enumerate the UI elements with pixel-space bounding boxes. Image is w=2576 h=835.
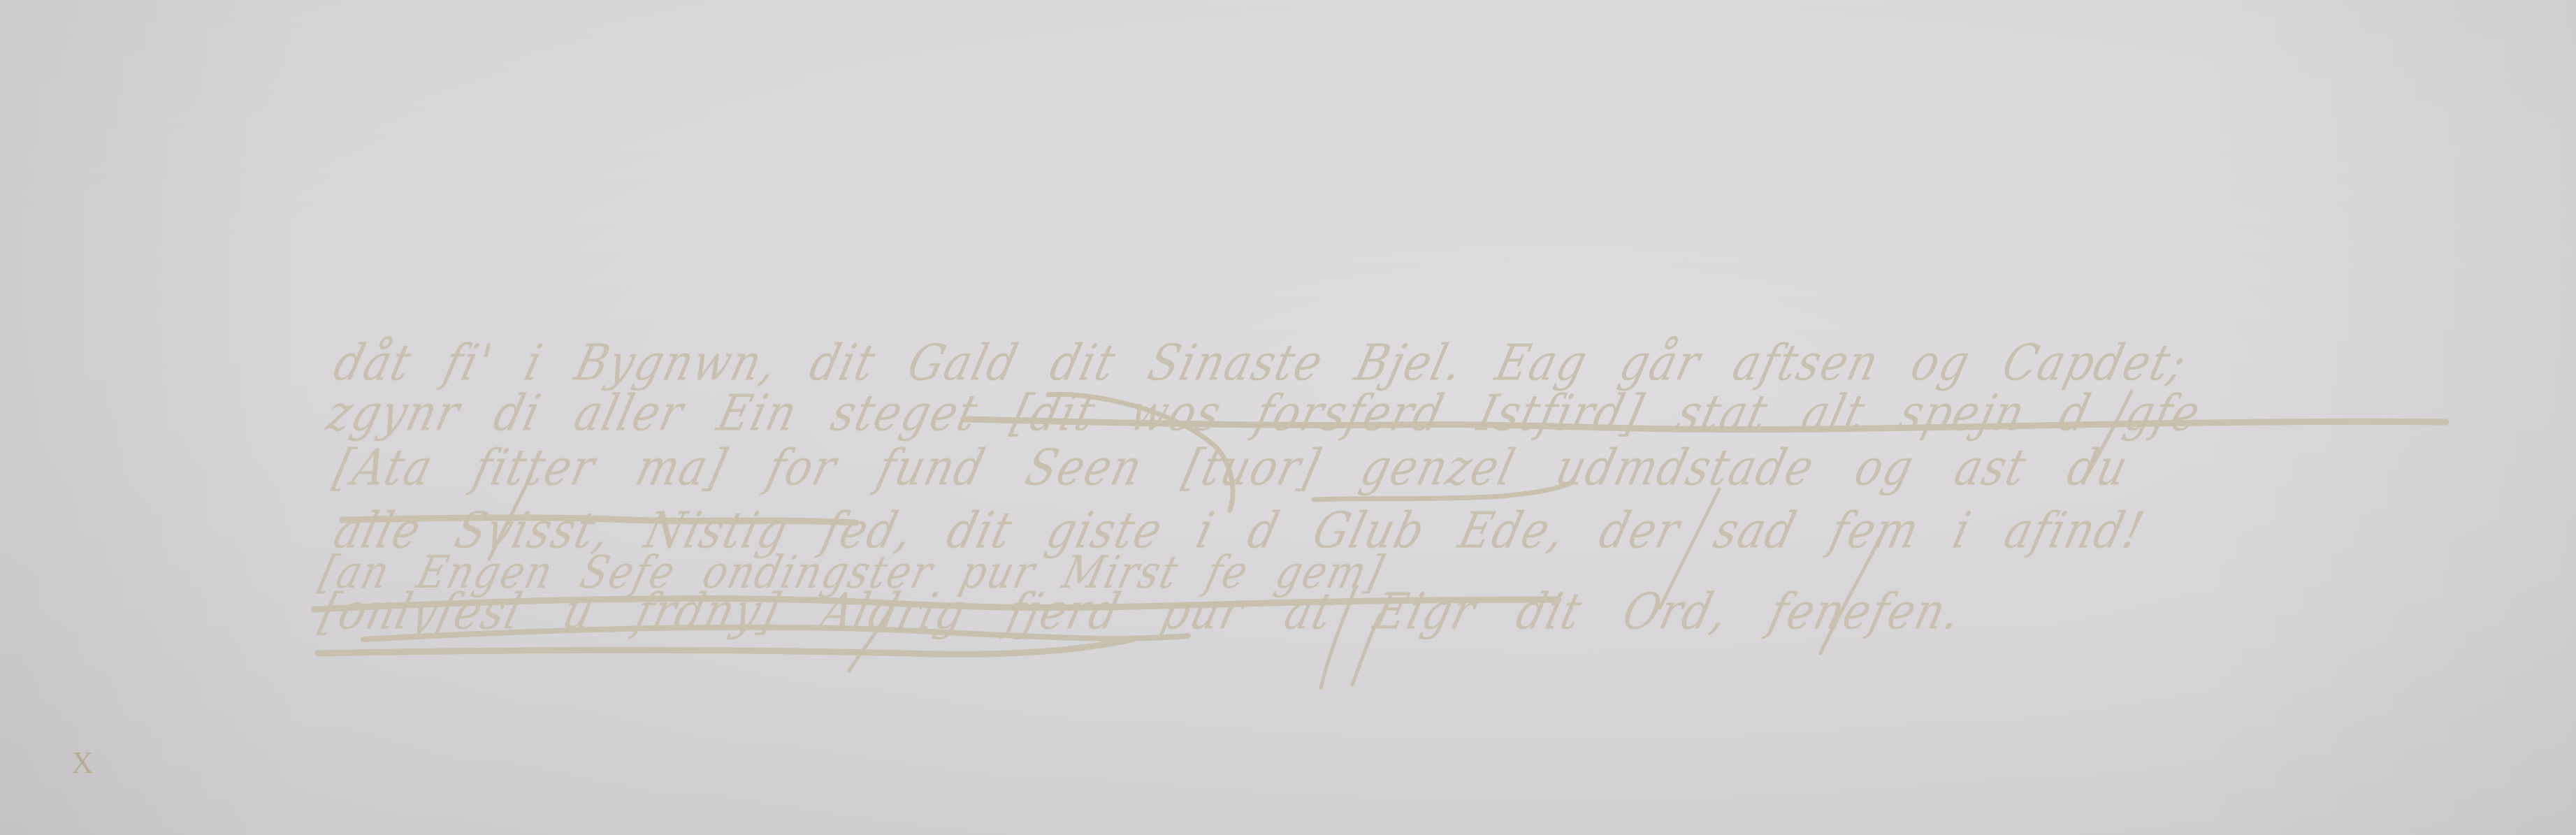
manuscript-line: [onlyfesl u frdny] Aldrig fjerd pur at E… <box>314 582 1968 641</box>
manuscript-line: [Ata fitter ma] for fund Seen [tuor] gen… <box>328 438 2135 497</box>
manuscript-line: zgynr di aller Ein steget [dit wos forsf… <box>321 384 2207 442</box>
page-numeral: X <box>71 745 94 780</box>
handwritten-manuscript: dåt fi' i Bygnwn, dit Gald dit Sinaste B… <box>314 341 2467 690</box>
